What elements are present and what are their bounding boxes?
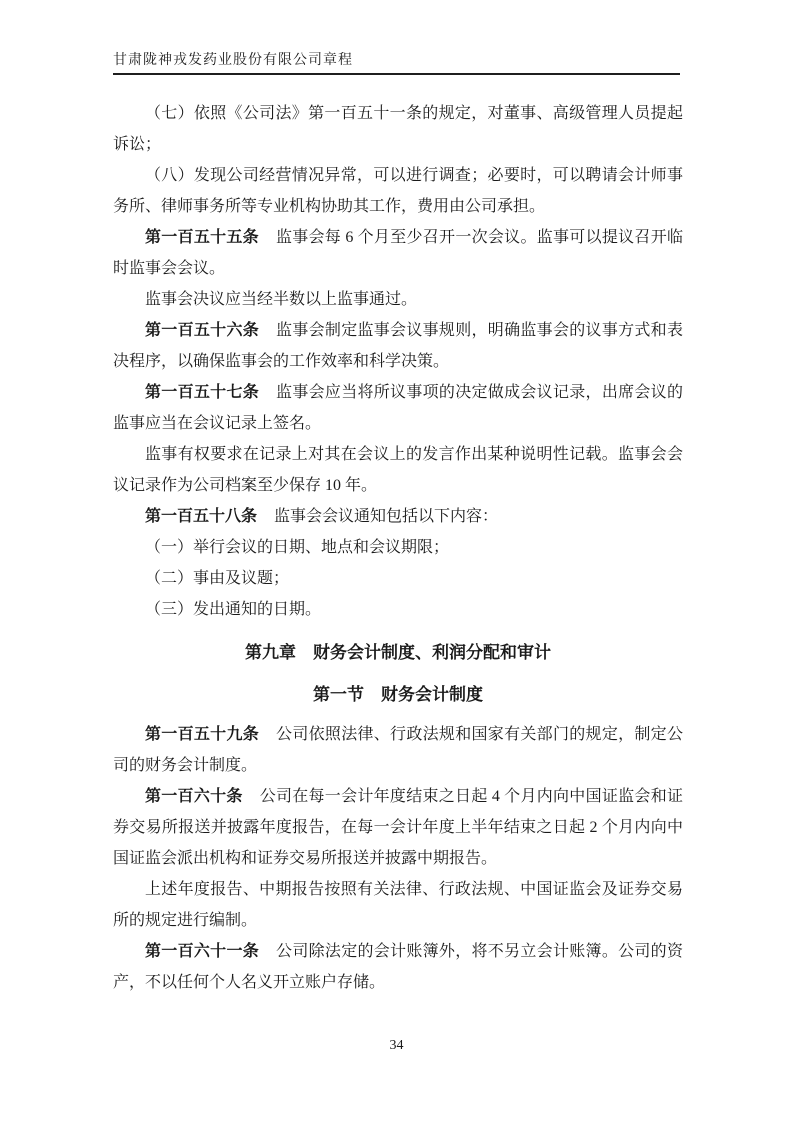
- paragraph: 第一百五十五条监事会每 6 个月至少召开一次会议。监事可以提议召开临时监事会会议…: [113, 222, 683, 284]
- paragraph: （一）举行会议的日期、地点和会议期限；: [113, 532, 683, 563]
- article-number: 第一百六十一条: [145, 943, 259, 960]
- article-number: 第一百五十七条: [145, 384, 259, 401]
- paragraph: 上述年度报告、中期报告按照有关法律、行政法规、中国证监会及证券交易所的规定进行编…: [113, 874, 683, 936]
- page-footer: 34: [0, 1036, 793, 1056]
- article-number: 第一百五十六条: [145, 322, 259, 339]
- paragraph: 第一百五十九条公司依照法律、行政法规和国家有关部门的规定，制定公司的财务会计制度…: [113, 719, 683, 781]
- paragraph: （三）发出通知的日期。: [113, 594, 683, 625]
- article-number: 第一百五十八条: [145, 508, 257, 525]
- paragraph: 监事会决议应当经半数以上监事通过。: [113, 284, 683, 315]
- paragraph: 监事有权要求在记录上对其在会议上的发言作出某种说明性记载。监事会会议记录作为公司…: [113, 439, 683, 501]
- paragraph: 第一百五十八条监事会会议通知包括以下内容：: [113, 501, 683, 532]
- article-number: 第一百六十条: [145, 788, 243, 805]
- header-title: 甘肃陇神戎发药业股份有限公司章程: [113, 53, 353, 68]
- paragraph: 第一百六十条公司在每一会计年度结束之日起 4 个月内向中国证监会和证券交易所报送…: [113, 781, 683, 874]
- paragraph: 第一百五十六条监事会制定监事会议事规则，明确监事会的议事方式和表决程序，以确保监…: [113, 315, 683, 377]
- page-number: 34: [390, 1038, 404, 1053]
- chapter-heading: 第九章 财务会计制度、利润分配和审计: [113, 637, 683, 668]
- paragraph: 第一百五十七条监事会应当将所议事项的决定做成会议记录，出席会议的监事应当在会议记…: [113, 377, 683, 439]
- article-number: 第一百五十五条: [145, 229, 259, 246]
- paragraph: （七）依照《公司法》第一百五十一条的规定，对董事、高级管理人员提起诉讼；: [113, 98, 683, 160]
- section-heading: 第一节 财务会计制度: [113, 679, 683, 710]
- document-body: （七）依照《公司法》第一百五十一条的规定，对董事、高级管理人员提起诉讼；（八）发…: [113, 98, 683, 998]
- article-number: 第一百五十九条: [145, 726, 259, 743]
- paragraph: （二）事由及议题；: [113, 563, 683, 594]
- paragraph: 第一百六十一条公司除法定的会计账簿外，将不另立会计账簿。公司的资产，不以任何个人…: [113, 936, 683, 998]
- document-page: 甘肃陇神戎发药业股份有限公司章程 （七）依照《公司法》第一百五十一条的规定，对董…: [0, 0, 793, 1122]
- page-header: 甘肃陇神戎发药业股份有限公司章程: [113, 52, 680, 75]
- paragraph: （八）发现公司经营情况异常，可以进行调查；必要时，可以聘请会计师事务所、律师事务…: [113, 160, 683, 222]
